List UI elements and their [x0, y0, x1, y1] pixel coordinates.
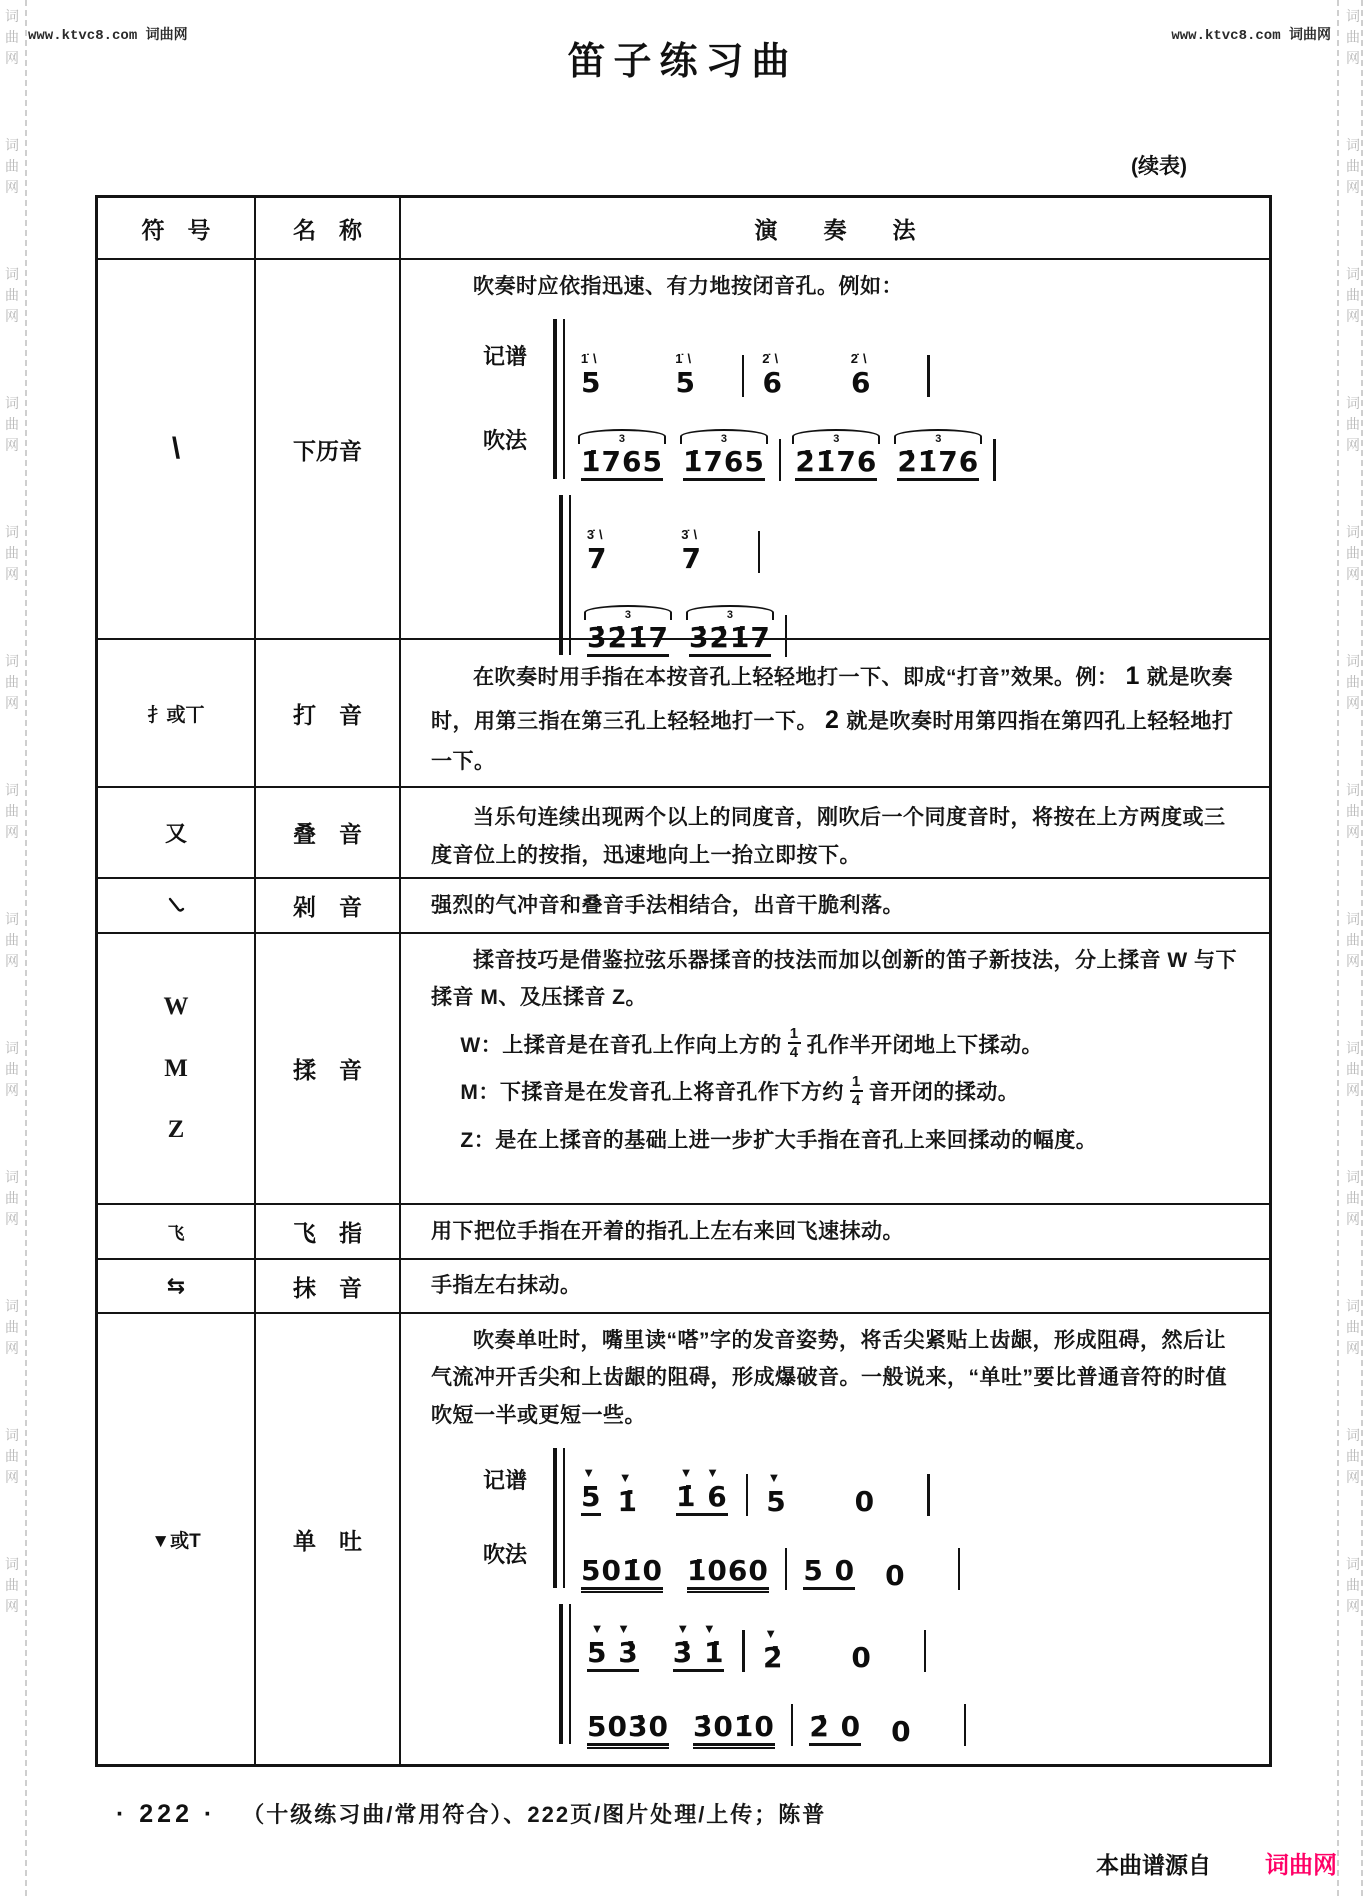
dieyin-text: 当乐句连续出现两个以上的同度音，刚吹后一个同度音时，将按在上方两度或三度音位上的… — [431, 799, 1245, 874]
rouyin-symbols: W M Z — [98, 934, 256, 1203]
system-bracket — [553, 319, 565, 479]
system-bracket — [553, 1448, 565, 1588]
right-watermark-column: 词曲网词曲网词曲网词曲网词曲网词曲网词曲网词曲网词曲网词曲网词曲网词曲网词曲网 — [1343, 0, 1363, 1896]
rouyin-m-text: M：下揉音是在发音孔上将音孔作下方约14音开闭的揉动。 — [460, 1074, 1245, 1112]
system-bracket — [559, 495, 571, 655]
notation-line: ▼ ▼5 3̇▼ ▼3̇ 1̇▼2̇0 — [585, 1598, 968, 1672]
duoyin-text: 强烈的气冲音和叠音手法相结合，出音干脆利落。 — [401, 879, 1269, 932]
left-watermark-column: 词曲网词曲网词曲网词曲网词曲网词曲网词曲网词曲网词曲网词曲网词曲网词曲网词曲网 — [2, 0, 22, 1896]
notation-line-chuifa: 31̇76531̇76532̇1̇7632̇1̇76 — [579, 397, 998, 481]
col-header-name: 名 称 — [256, 198, 401, 258]
dantu-name: 单 吐 — [256, 1314, 401, 1764]
rouyin-name: 揉 音 — [256, 934, 401, 1203]
technique-table: 符 号 名 称 演 奏 法 \ 下历音 吹奏时应依指迅速、有力地按闭音孔。例如：… — [95, 195, 1272, 1767]
left-dashed-line — [25, 0, 27, 1896]
continuation-note: (续表) — [1131, 150, 1187, 180]
dieyin-name: 叠 音 — [256, 788, 401, 877]
rouyin-intro: 揉音技巧是借鉴拉弦乐器揉音的技法而加以创新的笛子新技法，分上揉音 W 与下揉音 … — [431, 942, 1245, 1017]
row-rouyin: W M Z 揉 音 揉音技巧是借鉴拉弦乐器揉音的技法而加以创新的笛子新技法，分上… — [98, 934, 1269, 1205]
row-duoyin: 剁 音 强烈的气冲音和叠音手法相结合，出音干脆利落。 — [98, 879, 1269, 934]
notation-system: ▼ ▼5 3̇▼ ▼3̇ 1̇▼2̇0 503̇03̇01̇02̇ 00 — [553, 1598, 1245, 1746]
notation-label-jipu: 记谱 — [483, 340, 547, 371]
row-dieyin: 又 叠 音 当乐句连续出现两个以上的同度音，刚吹后一个同度音时，将按在上方两度或… — [98, 788, 1269, 879]
feizhi-text: 用下把位手指在开着的指孔上左右来回飞速抹动。 — [401, 1205, 1269, 1258]
xialiyin-intro: 吹奏时应依指迅速、有力地按闭音孔。例如： — [431, 268, 1245, 305]
footer: · 222 · （十级练习曲/常用符合）、222页/图片处理/上传；陈普 — [116, 1798, 826, 1829]
dayin-text: 在吹奏时用手指在本按音孔上轻轻地打一下、即成“打音”效果。例：1就是吹奏时，用第… — [431, 654, 1245, 780]
system-bracket — [559, 1604, 571, 1744]
notation-line-jipu: ▼5▼1̇▼ ▼1̇ 6▼50 — [579, 1442, 962, 1516]
dayin-symbol: 扌或丅 — [98, 640, 256, 786]
footer-source: 本曲谱源自 词曲网 — [1096, 1845, 1337, 1880]
table-header-row: 符 号 名 称 演 奏 法 — [98, 198, 1269, 260]
notation-line: 3̇\73̇\7 — [585, 489, 789, 573]
notation-system: 记谱 吹法 ▼5▼1̇▼ ▼1̇ 6▼50 501̇01̇0605 00 — [483, 1442, 1245, 1590]
row-feizhi: 飞 飞 指 用下把位手指在开着的指孔上左右来回飞速抹动。 — [98, 1205, 1269, 1260]
row-dayin: 扌或丅 打 音 在吹奏时用手指在本按音孔上轻轻地打一下、即成“打音”效果。例：1… — [98, 640, 1269, 788]
page-title: 笛子练习曲 — [0, 30, 1365, 85]
notation-label-chuifa: 吹法 — [483, 1538, 547, 1569]
dieyin-symbol: 又 — [98, 788, 256, 877]
feizhi-name: 飞 指 — [256, 1205, 401, 1258]
col-header-symbol: 符 号 — [98, 198, 256, 258]
down-hook-icon — [166, 896, 186, 916]
moyin-symbol: ⇆ — [98, 1260, 256, 1312]
row-xialiyin: \ 下历音 吹奏时应依指迅速、有力地按闭音孔。例如： 记谱 吹法 1̇\51̇\… — [98, 260, 1269, 640]
rouyin-symbol-w: W — [164, 993, 189, 1021]
row-dantu: ▼或T 单 吐 吹奏单吐时，嘴里读“嗒”字的发音姿势，将舌尖紧贴上齿龈，形成阻碍… — [98, 1314, 1269, 1764]
xialiyin-name: 下历音 — [256, 260, 401, 638]
dantu-text: 吹奏单吐时，嘴里读“嗒”字的发音姿势，将舌尖紧贴上齿龈，形成阻碍，然后让气流冲开… — [431, 1322, 1245, 1434]
xialiyin-symbol: \ — [98, 260, 256, 638]
right-dashed-line — [1337, 0, 1339, 1896]
col-header-method: 演 奏 法 — [401, 198, 1269, 258]
rouyin-w-text: W：上揉音是在音孔上作向上方的14孔作半开闭地上下揉动。 — [460, 1027, 1245, 1065]
feizhi-symbol: 飞 — [98, 1205, 256, 1258]
duoyin-symbol-cell — [98, 879, 256, 932]
scanned-score-page: 词曲网词曲网词曲网词曲网词曲网词曲网词曲网词曲网词曲网词曲网词曲网词曲网词曲网 … — [0, 0, 1365, 1896]
rouyin-z-text: Z：是在上揉音的基础上进一步扩大手指在音孔上来回揉动的幅度。 — [460, 1122, 1245, 1159]
notation-system: 3̇\73̇\7 33̇2̇1̇733̇2̇1̇7 — [553, 489, 1245, 657]
dayin-name: 打 音 — [256, 640, 401, 786]
notation-line-chuifa: 501̇01̇0605 00 — [579, 1516, 962, 1590]
duoyin-name: 剁 音 — [256, 879, 401, 932]
footer-source-site: 词曲网 — [1265, 1845, 1337, 1880]
footer-page-number: · 222 · — [116, 1800, 216, 1829]
notation-label-jipu: 记谱 — [483, 1464, 547, 1495]
footer-source-prefix: 本曲谱源自 — [1096, 1847, 1211, 1880]
row-moyin: ⇆ 抹 音 手指左右抹动。 — [98, 1260, 1269, 1314]
notation-line: 503̇03̇01̇02̇ 00 — [585, 1672, 968, 1746]
moyin-text: 手指左右抹动。 — [401, 1260, 1269, 1312]
rouyin-symbol-m: M — [164, 1055, 188, 1083]
moyin-name: 抹 音 — [256, 1260, 401, 1312]
notation-system: 记谱 吹法 1̇\51̇\52̇\62̇\6 31̇76531̇76532̇1̇… — [483, 313, 1245, 481]
footer-credit: （十级练习曲/常用符合）、222页/图片处理/上传；陈普 — [242, 1798, 826, 1829]
notation-label-chuifa: 吹法 — [483, 424, 547, 455]
notation-line-jipu: 1̇\51̇\52̇\62̇\6 — [579, 313, 998, 397]
dantu-symbol: ▼或T — [98, 1314, 256, 1764]
rouyin-symbol-z: Z — [168, 1116, 185, 1144]
